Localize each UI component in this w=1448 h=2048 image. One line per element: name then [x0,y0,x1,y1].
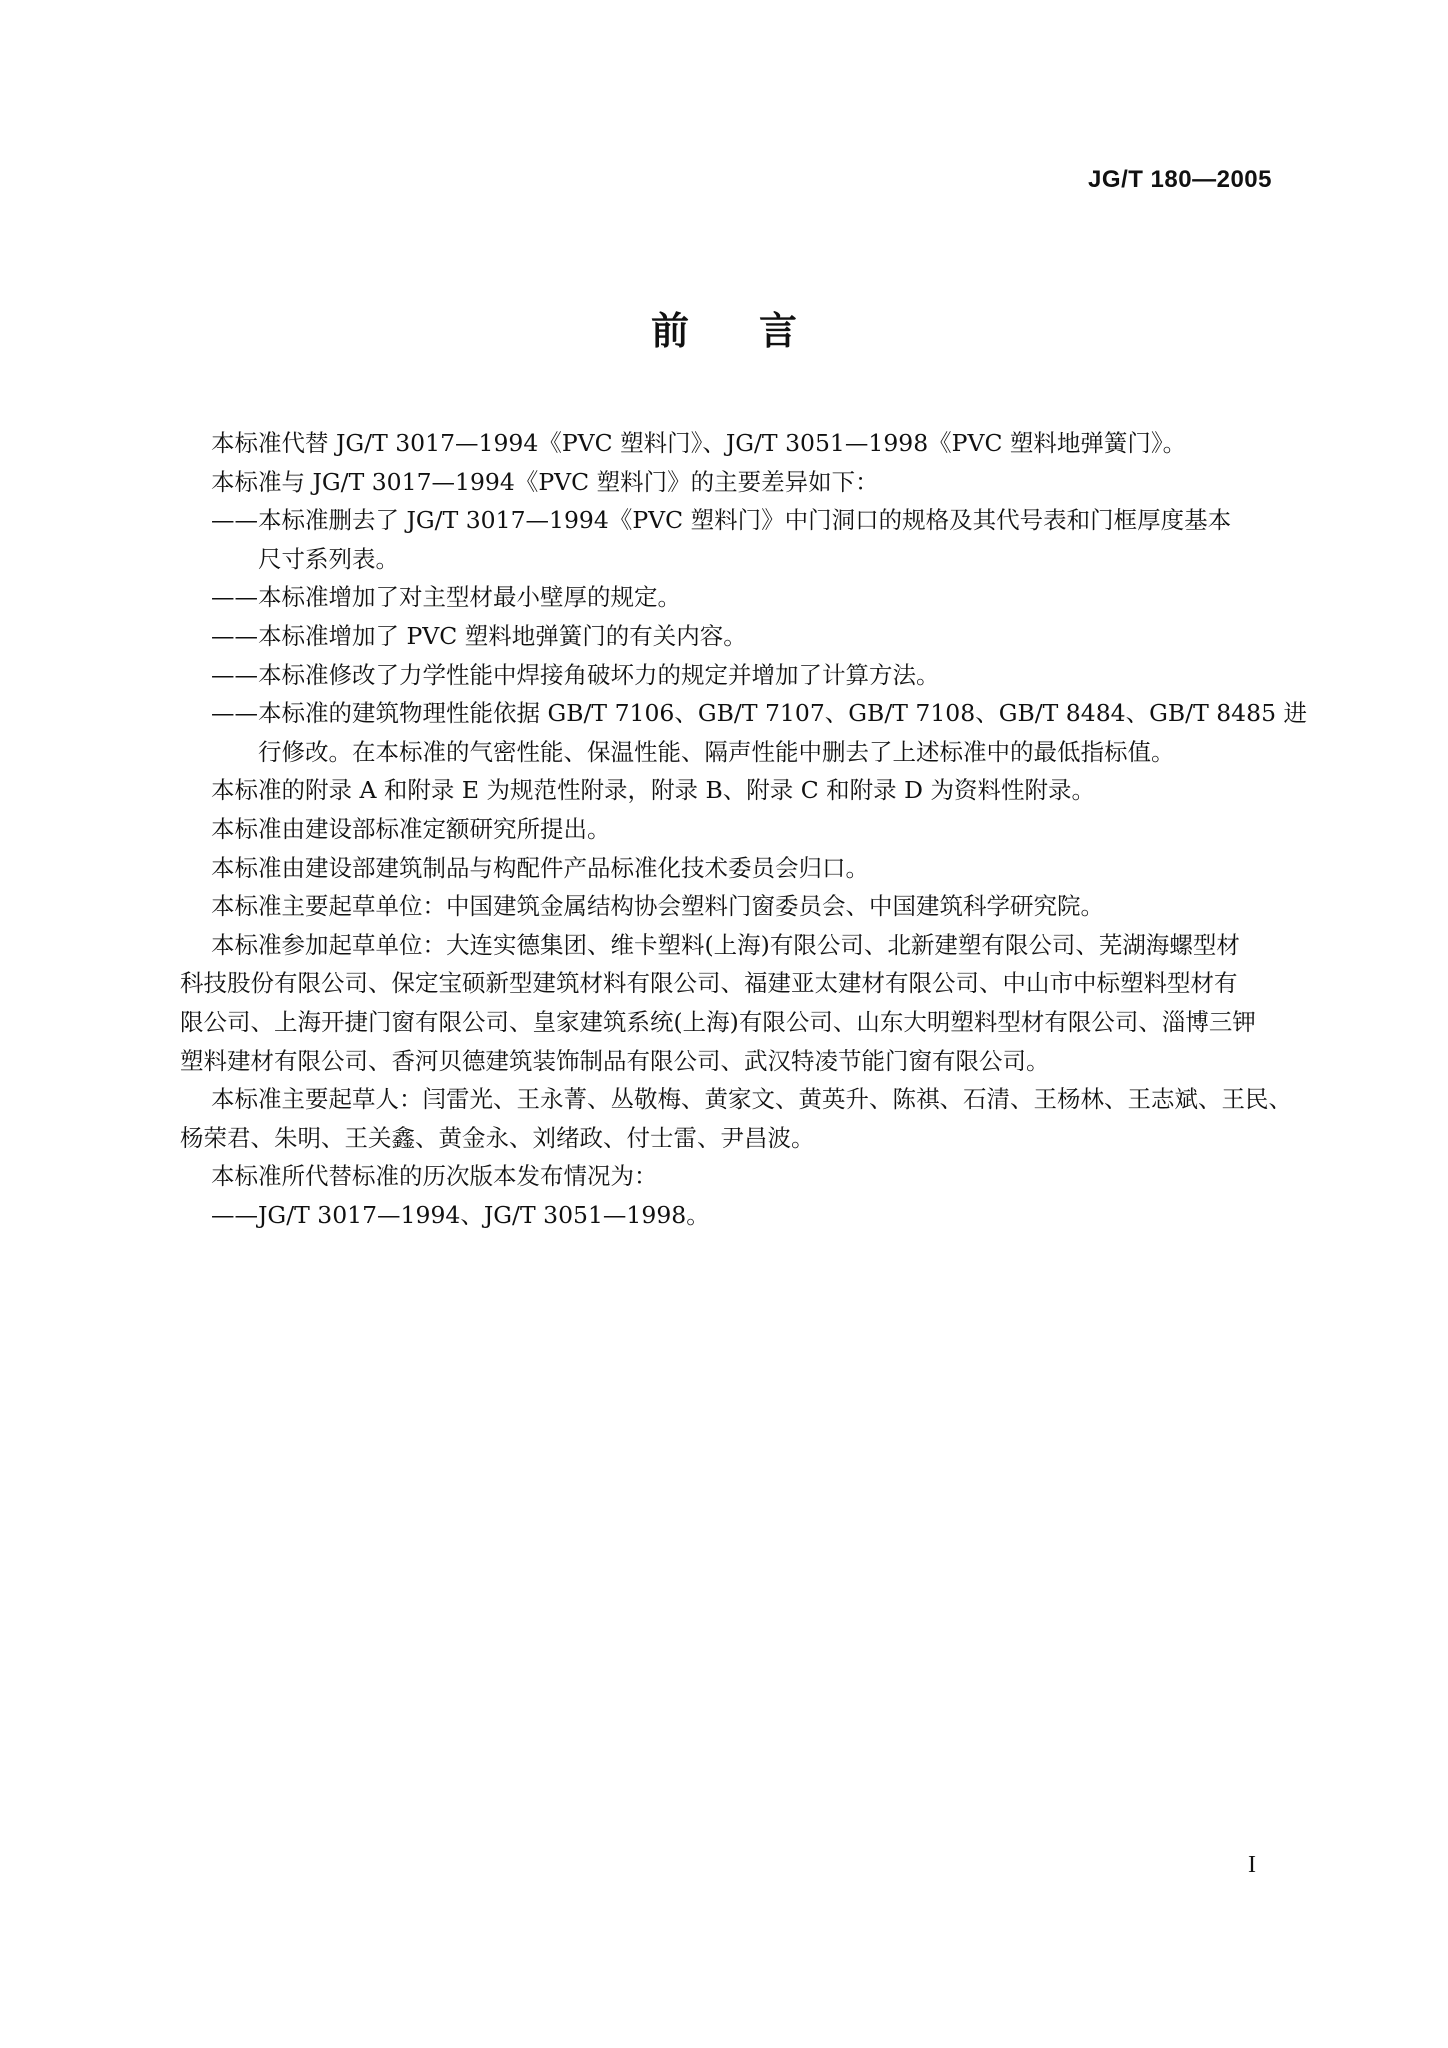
paragraph-line: 本标准参加起草单位：大连实德集团、维卡塑料(上海)有限公司、北新建塑有限公司、芜… [180,926,1300,965]
paragraph-line: 科技股份有限公司、保定宝硕新型建筑材料有限公司、福建亚太建材有限公司、中山市中标… [180,964,1300,1003]
list-item-continuation: 尺寸系列表。 [180,540,1300,579]
paragraph-line: 塑料建材有限公司、香河贝德建筑装饰制品有限公司、武汉特凌节能门窗有限公司。 [180,1042,1300,1081]
paragraph-line: 本标准主要起草人：闫雷光、王永菁、丛敬梅、黄家文、黄英升、陈祺、石清、王杨林、王… [180,1080,1300,1119]
list-item: ——本标准增加了 PVC 塑料地弹簧门的有关内容。 [180,617,1300,656]
page-title: 前言 [0,300,1448,355]
standard-code: JG/T 180—2005 [1088,166,1272,194]
paragraph-line: 本标准所代替标准的历次版本发布情况为： [180,1157,1300,1196]
page-number: I [1248,1852,1256,1879]
list-item: ——本标准增加了对主型材最小壁厚的规定。 [180,578,1300,617]
list-item: ——本标准修改了力学性能中焊接角破坏力的规定并增加了计算方法。 [180,656,1300,695]
list-item: ——本标准的建筑物理性能依据 GB/T 7106、GB/T 7107、GB/T … [180,694,1300,733]
list-item-continuation: 行修改。在本标准的气密性能、保温性能、隔声性能中删去了上述标准中的最低指标值。 [180,733,1300,772]
paragraph-line: 本标准的附录 A 和附录 E 为规范性附录，附录 B、附录 C 和附录 D 为资… [180,771,1300,810]
paragraph-line: 限公司、上海开捷门窗有限公司、皇家建筑系统(上海)有限公司、山东大明塑料型材有限… [180,1003,1300,1042]
paragraph-line: 本标准由建设部建筑制品与构配件产品标准化技术委员会归口。 [180,849,1300,888]
paragraph-line: 本标准与 JG/T 3017—1994《PVC 塑料门》的主要差异如下： [180,463,1300,502]
paragraph-line: 本标准代替 JG/T 3017—1994《PVC 塑料门》、JG/T 3051—… [180,424,1300,463]
list-item: ——本标准删去了 JG/T 3017—1994《PVC 塑料门》中门洞口的规格及… [180,501,1300,540]
paragraph-line: 杨荣君、朱明、王关鑫、黄金永、刘绪政、付士雷、尹昌波。 [180,1119,1300,1158]
paragraph-line: 本标准由建设部标准定额研究所提出。 [180,810,1300,849]
list-item: ——JG/T 3017—1994、JG/T 3051—1998。 [180,1196,1300,1235]
foreword-body: 本标准代替 JG/T 3017—1994《PVC 塑料门》、JG/T 3051—… [180,424,1300,1234]
paragraph-line: 本标准主要起草单位：中国建筑金属结构协会塑料门窗委员会、中国建筑科学研究院。 [180,887,1300,926]
